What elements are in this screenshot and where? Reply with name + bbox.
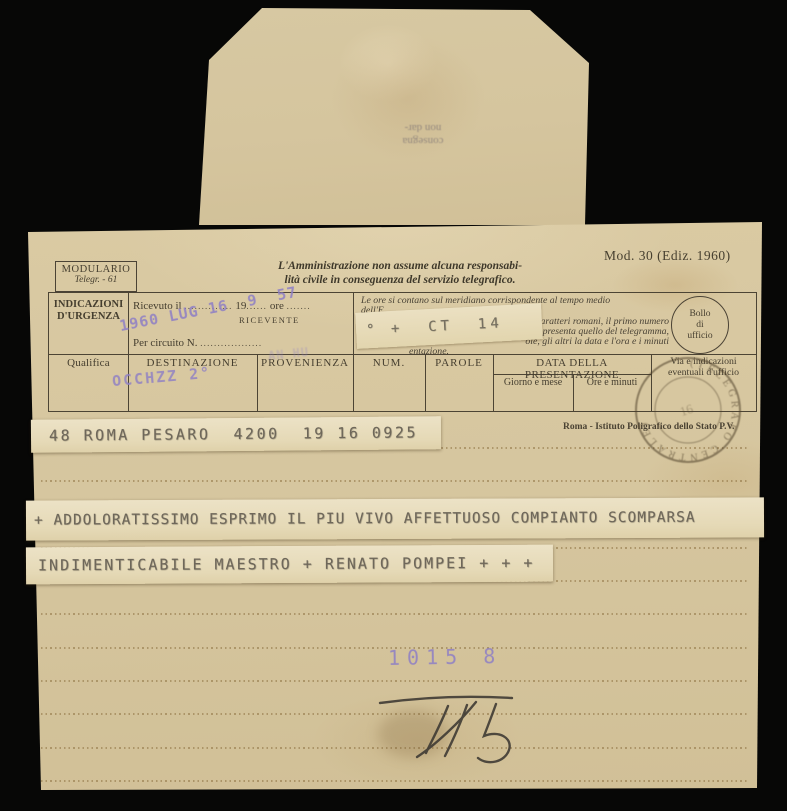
telegram-photo: consegna non dar- Mod. 30 (Ediz. 1960) M…	[0, 0, 787, 811]
handwritten-note	[360, 690, 560, 765]
grid-line	[128, 293, 129, 411]
bleedthrough-line: consegna	[363, 134, 483, 147]
column-num: NUM.	[353, 357, 425, 369]
modulario-box: MODULARIO Telegr. - 61	[55, 261, 137, 292]
subcolumn-giorno-mese: Giorno e mese	[493, 377, 573, 388]
service-line-strip: 48 ROMA PESARO 4200 19 16 0925	[31, 416, 441, 453]
grid-line	[353, 293, 354, 411]
modulario-number: Telegr. - 61	[56, 275, 136, 285]
message-strip: INDIMENTICABILE MAESTRO + RENATO POMPEI …	[26, 545, 553, 585]
office-seal-circle: Bollo di ufficio	[671, 296, 729, 354]
ruled-line	[41, 613, 747, 615]
bleedthrough-line: non dar-	[363, 121, 483, 134]
modulario-label: MODULARIO	[56, 264, 136, 275]
svg-text:16: 16	[678, 401, 695, 419]
receiver-label: RICEVENTE	[239, 315, 300, 325]
ruled-line	[41, 780, 747, 782]
paper-flap: consegna non dar-	[193, 3, 595, 225]
ruled-line	[41, 680, 747, 682]
circuit-line: Per circuito N. ..................	[133, 337, 262, 349]
message-strip: + ADDOLORATISSIMO ESPRIMO IL PIU VIVO AF…	[26, 497, 764, 540]
column-qualifica: Qualifica	[49, 357, 128, 369]
column-parole: PAROLE	[425, 357, 493, 369]
purple-number-stamp: 1015 8	[388, 644, 503, 670]
circular-postmark: (TELEGRAFO CENTRALE) 16	[628, 350, 748, 470]
bleedthrough-stamp: consegna non dar-	[363, 121, 483, 147]
urgency-label: INDICAZIONI D'URGENZA	[49, 299, 128, 323]
ruled-line	[41, 480, 747, 482]
form-edition-label: Mod. 30 (Ediz. 1960)	[604, 248, 731, 264]
